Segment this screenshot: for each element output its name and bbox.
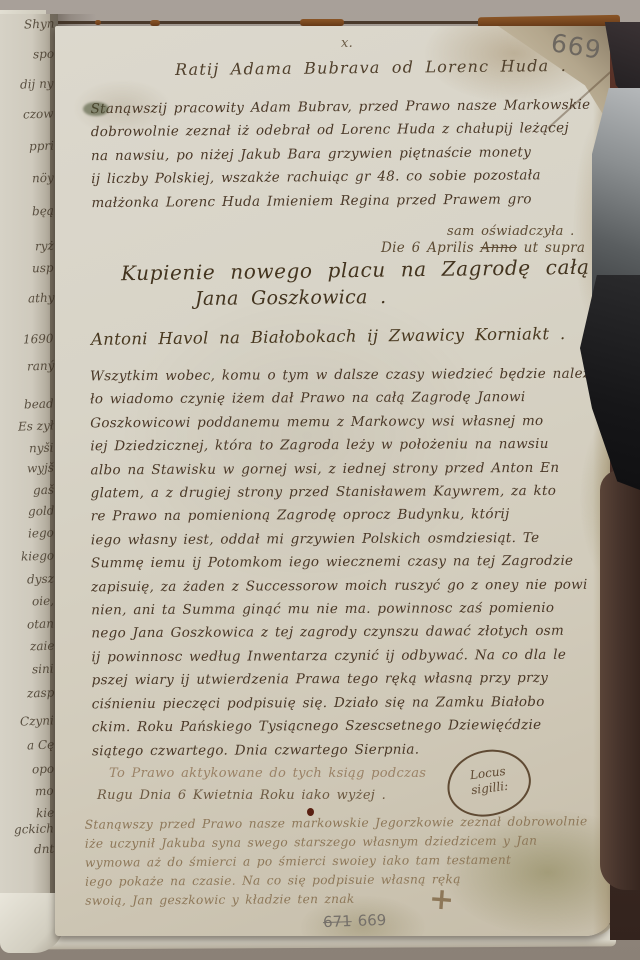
top-mark: x.: [341, 32, 353, 55]
page-number-bottom-old: 671: [323, 912, 352, 931]
previous-page-text-fragment: gckich: [14, 821, 54, 836]
entry2-postscript-line: swoią, Jan geszkowic y kładzie ten znak: [85, 888, 588, 911]
ink-smudge: [83, 102, 109, 116]
date-struck-word: Anno: [481, 240, 517, 256]
entry1-title: Ratij Adama Bubrava od Lorenc Huda .: [175, 54, 567, 82]
manuscript-page: x. 669 Ratij Adama Bubrava od Lorenc Hud…: [55, 26, 615, 936]
entry2-body-line: glatem, a z drugiej strony przed Stanisł…: [91, 480, 600, 506]
entry2-body-line: albo na Stawisku w gornej wsi, z iednej …: [90, 456, 599, 482]
binding-rust-patch: [300, 19, 344, 26]
entry2-subheading: Antoni Havol na Białobokach ij Zwawicy K…: [91, 322, 566, 351]
entry2-body-line: ij powinnosc według Inwentarza czynić ij…: [91, 644, 600, 670]
entry2-body-line: iego własny iest, oddał mi grzywien Pols…: [91, 527, 600, 553]
entry2-body-line: nego Jana Goszkowica z tej zagrody czyns…: [91, 620, 600, 646]
entry2-body-line: siątego czwartego. Dnia czwartego Sierpn…: [92, 737, 601, 763]
entry2-body-line: ciśnieniu pieczęci podpisuię się. Działo…: [92, 690, 601, 716]
entry1-body-line: małżonka Lorenc Huda Imieniem Regina prz…: [91, 187, 591, 215]
date-suffix: ut supra: [517, 240, 585, 256]
entry2-postscript: Stanąwszy przed Prawo nasze markowskie J…: [85, 812, 588, 911]
entry2-body-line: iej Dziedzicznej, która to Zagroda leży …: [90, 433, 599, 459]
page-number-bottom-new: 669: [357, 911, 386, 930]
entry2-addendum-line: To Prawo aktykowane do tych ksiąg podcza…: [109, 763, 426, 785]
previous-page-text-fragment: Es zył: [18, 418, 54, 433]
date-prefix: Die 6 Aprilis: [381, 240, 481, 256]
entry2-body-line: Wszytkim wobec, komu o tym w dalsze czas…: [90, 363, 599, 389]
entry2-body-line: re Prawo na pomienioną Zagrodę oprocz Bu…: [91, 503, 600, 529]
entry2-addendum-line: Rugu Dnia 6 Kwietnia Roku iako wyżej .: [97, 785, 426, 807]
entry2-heading-line2: Jana Goszkowica .: [195, 286, 387, 311]
entry2-body-line: Goszkowicowi poddanemu memu z Markowcy w…: [90, 409, 599, 435]
entry2-body-line: Summę iemu ij Potomkom iego wiecznemi cz…: [91, 550, 600, 576]
entry2-heading-line1: Kupienie nowego placu na Zagrodę całą: [121, 256, 590, 286]
entry2-body-line: nien, ani ta Summa ginąć mu nie ma. powi…: [91, 597, 600, 623]
entry2-body-line: pszej wiary ij utwierdzenia Prawa tego r…: [92, 667, 601, 693]
entry1-body: Stanąwszij pracowity Adam Bubrav, przed …: [90, 94, 591, 215]
signature-cross-mark: +: [428, 881, 456, 918]
entry2-body-line: zapisuię, za żaden z Successorow moich r…: [91, 573, 600, 599]
page-number-bottom: 671669: [323, 911, 387, 931]
entry2-body-line: ło wiadomo czynię iżem dał Prawo na całą…: [90, 386, 599, 412]
entry2-body: Wszytkim wobec, komu o tym w dalsze czas…: [90, 363, 601, 764]
manuscript-photo: Shynspodij nyczowpprinöybęąryżuspathy169…: [0, 0, 640, 960]
entry2-body-line: ckim. Roku Pańskiego Tysiącnego Szescset…: [92, 714, 601, 740]
binding-leather-lower: [600, 470, 640, 890]
entry2-addendum: To Prawo aktykowane do tych ksiąg podcza…: [97, 763, 426, 807]
entry2-postscript-line: iże uczynił Jakuba syna swego starszego …: [85, 831, 588, 854]
